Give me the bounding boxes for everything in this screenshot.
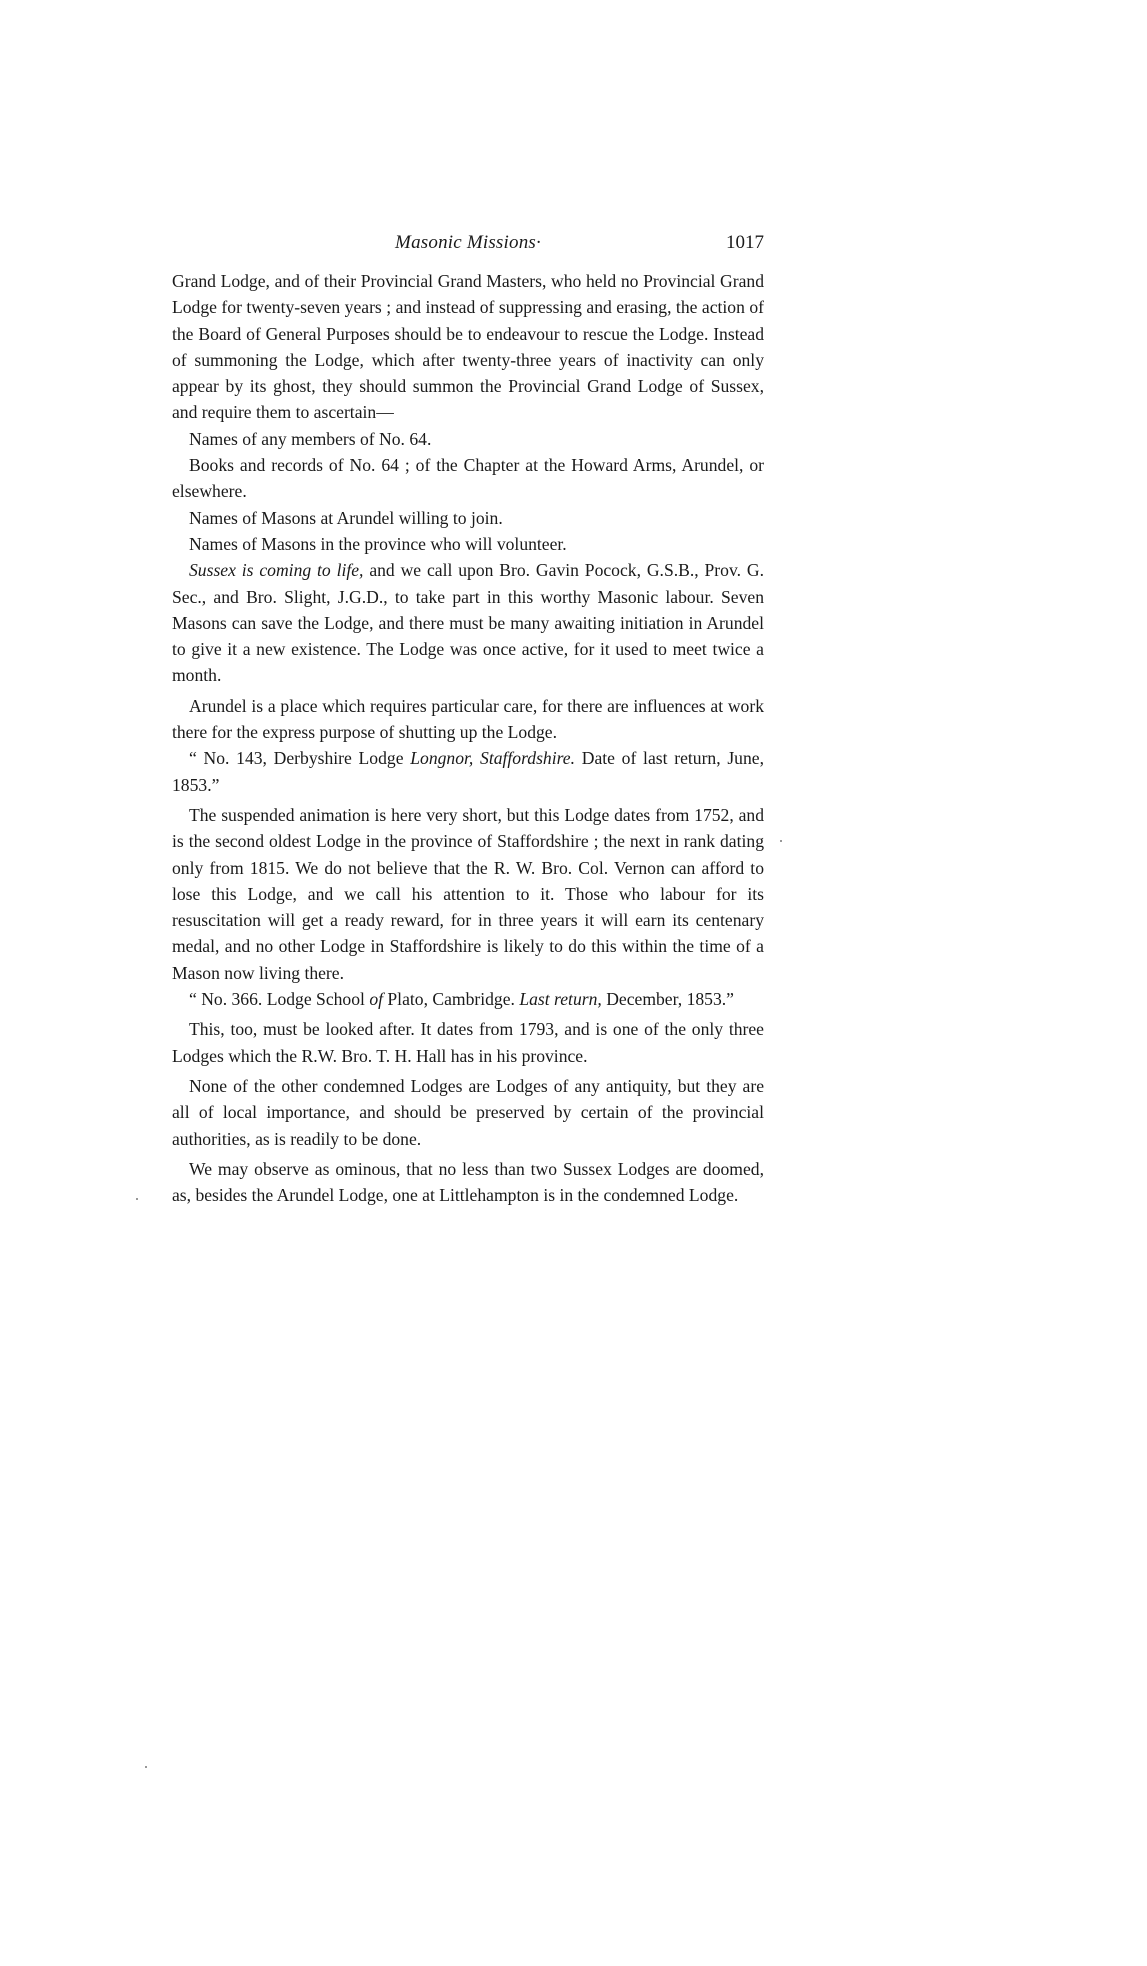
scan-speck <box>136 1198 138 1200</box>
paragraph-10-quote: “ No. 366. Lodge School of Plato, Cambri… <box>172 986 764 1012</box>
paragraph-8-quote: “ No. 143, Derbyshire Lodge Longnor, Sta… <box>172 745 764 798</box>
scan-speck <box>145 1766 147 1768</box>
paragraph-11: This, too, must be looked after. It date… <box>172 1016 764 1069</box>
quote-rest: De­cember, 1853.” <box>602 989 734 1009</box>
paragraph-9: The suspended animation is here very sho… <box>172 802 764 986</box>
paragraph-4-list-item: Names of Masons at Arundel willing to jo… <box>172 505 764 531</box>
quote-mid: Plato, Cambridge. <box>383 989 519 1009</box>
paragraph-5-list-item: Names of Masons in the province who will… <box>172 531 764 557</box>
quote-italic: of <box>369 989 383 1009</box>
quote-italic: Longnor, Staffordshire. <box>410 748 575 768</box>
paragraph-6-italic-lead: Sussex is coming to life, <box>189 560 363 580</box>
quote-open: “ No. 143, Derbyshire Lodge <box>189 748 410 768</box>
paragraph-2-list-item: Names of any members of No. 64. <box>172 426 764 452</box>
paragraph-7: Arundel is a place which requires partic… <box>172 693 764 746</box>
page-number: 1017 <box>726 232 764 254</box>
paragraph-6: Sussex is coming to life, and we call up… <box>172 557 764 688</box>
body-text: Grand Lodge, and of their Provincial Gra… <box>172 268 764 1208</box>
book-page: Masonic Missions· 1017 Grand Lodge, and … <box>172 228 764 1208</box>
paragraph-13: We may observe as ominous, that no less … <box>172 1156 764 1209</box>
scan-speck <box>780 840 782 842</box>
paragraph-3-list-item: Books and records of No. 64 ; of the Cha… <box>172 452 764 505</box>
running-title: Masonic Missions· <box>172 232 764 254</box>
paragraph-12: None of the other condemned Lodges are L… <box>172 1073 764 1152</box>
paragraph-1: Grand Lodge, and of their Provincial Gra… <box>172 268 764 426</box>
quote-open: “ No. 366. Lodge School <box>189 989 369 1009</box>
running-head: Masonic Missions· 1017 <box>172 228 764 260</box>
quote-italic-2: Last return, <box>519 989 601 1009</box>
